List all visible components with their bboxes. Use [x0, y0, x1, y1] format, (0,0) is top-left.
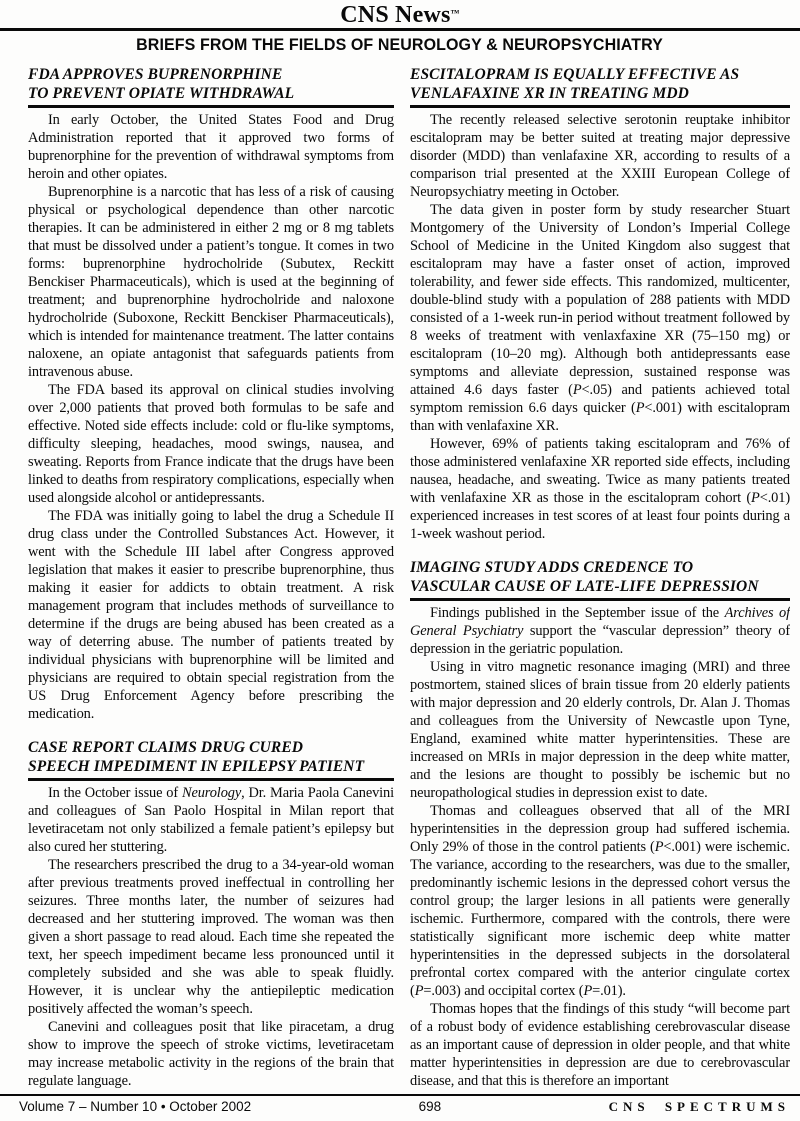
article-heading: FDA APPROVES BUPRENORPHINE TO PREVENT OP… — [28, 65, 394, 108]
paragraph: Thomas and colleagues observed that all … — [410, 802, 790, 1000]
paragraph: However, 69% of patients taking escitalo… — [410, 435, 790, 543]
banner: BRIEFS FROM THE FIELDS OF NEUROLOGY & NE… — [0, 31, 800, 58]
article-heading: IMAGING STUDY ADDS CREDENCE TO VASCULAR … — [410, 558, 790, 601]
article-heading-line1: CASE REPORT CLAIMS DRUG CURED — [28, 738, 394, 757]
article-heading-line1: IMAGING STUDY ADDS CREDENCE TO — [410, 558, 790, 577]
footer-volume-info: Volume 7 – Number 10 • October 2002 — [19, 1099, 251, 1114]
article-heading-line2: VENLAFAXINE XR IN TREATING MDD — [410, 84, 790, 103]
masthead-title-text: CNS News — [340, 2, 450, 28]
paragraph: Using in vitro magnetic resonance imagin… — [410, 658, 790, 802]
trademark-symbol: ™ — [451, 8, 460, 18]
banner-text: BRIEFS FROM THE FIELDS OF NEUROLOGY & NE… — [137, 36, 664, 54]
article-epilepsy-speech: CASE REPORT CLAIMS DRUG CURED SPEECH IMP… — [28, 738, 394, 1090]
paragraph: Buprenorphine is a narcotic that has les… — [28, 183, 394, 381]
article-escitalopram-venlafaxine: ESCITALOPRAM IS EQUALLY EFFECTIVE AS VEN… — [410, 65, 790, 543]
footer-journal-name: CNS SPECTRUMS — [609, 1099, 790, 1115]
paragraph: The recently released selective serotoni… — [410, 111, 790, 201]
paragraph: The FDA was initially going to label the… — [28, 507, 394, 723]
paragraph: The data given in poster form by study r… — [410, 201, 790, 435]
footer-page-number: 698 — [251, 1099, 608, 1114]
paragraph: The FDA based its approval on clinical s… — [28, 381, 394, 507]
page-header: CNS News™ BRIEFS FROM THE FIELDS OF NEUR… — [0, 0, 800, 58]
article-heading: CASE REPORT CLAIMS DRUG CURED SPEECH IMP… — [28, 738, 394, 781]
article-heading-line2: TO PREVENT OPIATE WITHDRAWAL — [28, 84, 394, 103]
article-heading-line1: FDA APPROVES BUPRENORPHINE — [28, 65, 394, 84]
paragraph: Findings published in the September issu… — [410, 604, 790, 658]
paragraph: Canevini and colleagues posit that like … — [28, 1018, 394, 1090]
paragraph: In early October, the United States Food… — [28, 111, 394, 183]
right-column: ESCITALOPRAM IS EQUALLY EFFECTIVE AS VEN… — [410, 65, 790, 1093]
masthead-title: CNS News™ — [0, 0, 800, 26]
content-columns: FDA APPROVES BUPRENORPHINE TO PREVENT OP… — [0, 65, 800, 1093]
paragraph: In the October issue of Neurology, Dr. M… — [28, 784, 394, 856]
article-heading-line1: ESCITALOPRAM IS EQUALLY EFFECTIVE AS — [410, 65, 790, 84]
article-heading: ESCITALOPRAM IS EQUALLY EFFECTIVE AS VEN… — [410, 65, 790, 108]
article-fda-buprenorphine: FDA APPROVES BUPRENORPHINE TO PREVENT OP… — [28, 65, 394, 723]
article-vascular-depression: IMAGING STUDY ADDS CREDENCE TO VASCULAR … — [410, 558, 790, 1090]
page-footer: Volume 7 – Number 10 • October 2002 698 … — [0, 1094, 800, 1115]
article-heading-line2: VASCULAR CAUSE OF LATE-LIFE DEPRESSION — [410, 577, 790, 596]
left-column: FDA APPROVES BUPRENORPHINE TO PREVENT OP… — [28, 65, 394, 1093]
article-heading-line2: SPEECH IMPEDIMENT IN EPILEPSY PATIENT — [28, 757, 394, 776]
paragraph: The researchers prescribed the drug to a… — [28, 856, 394, 1018]
paragraph: Thomas hopes that the findings of this s… — [410, 1000, 790, 1090]
